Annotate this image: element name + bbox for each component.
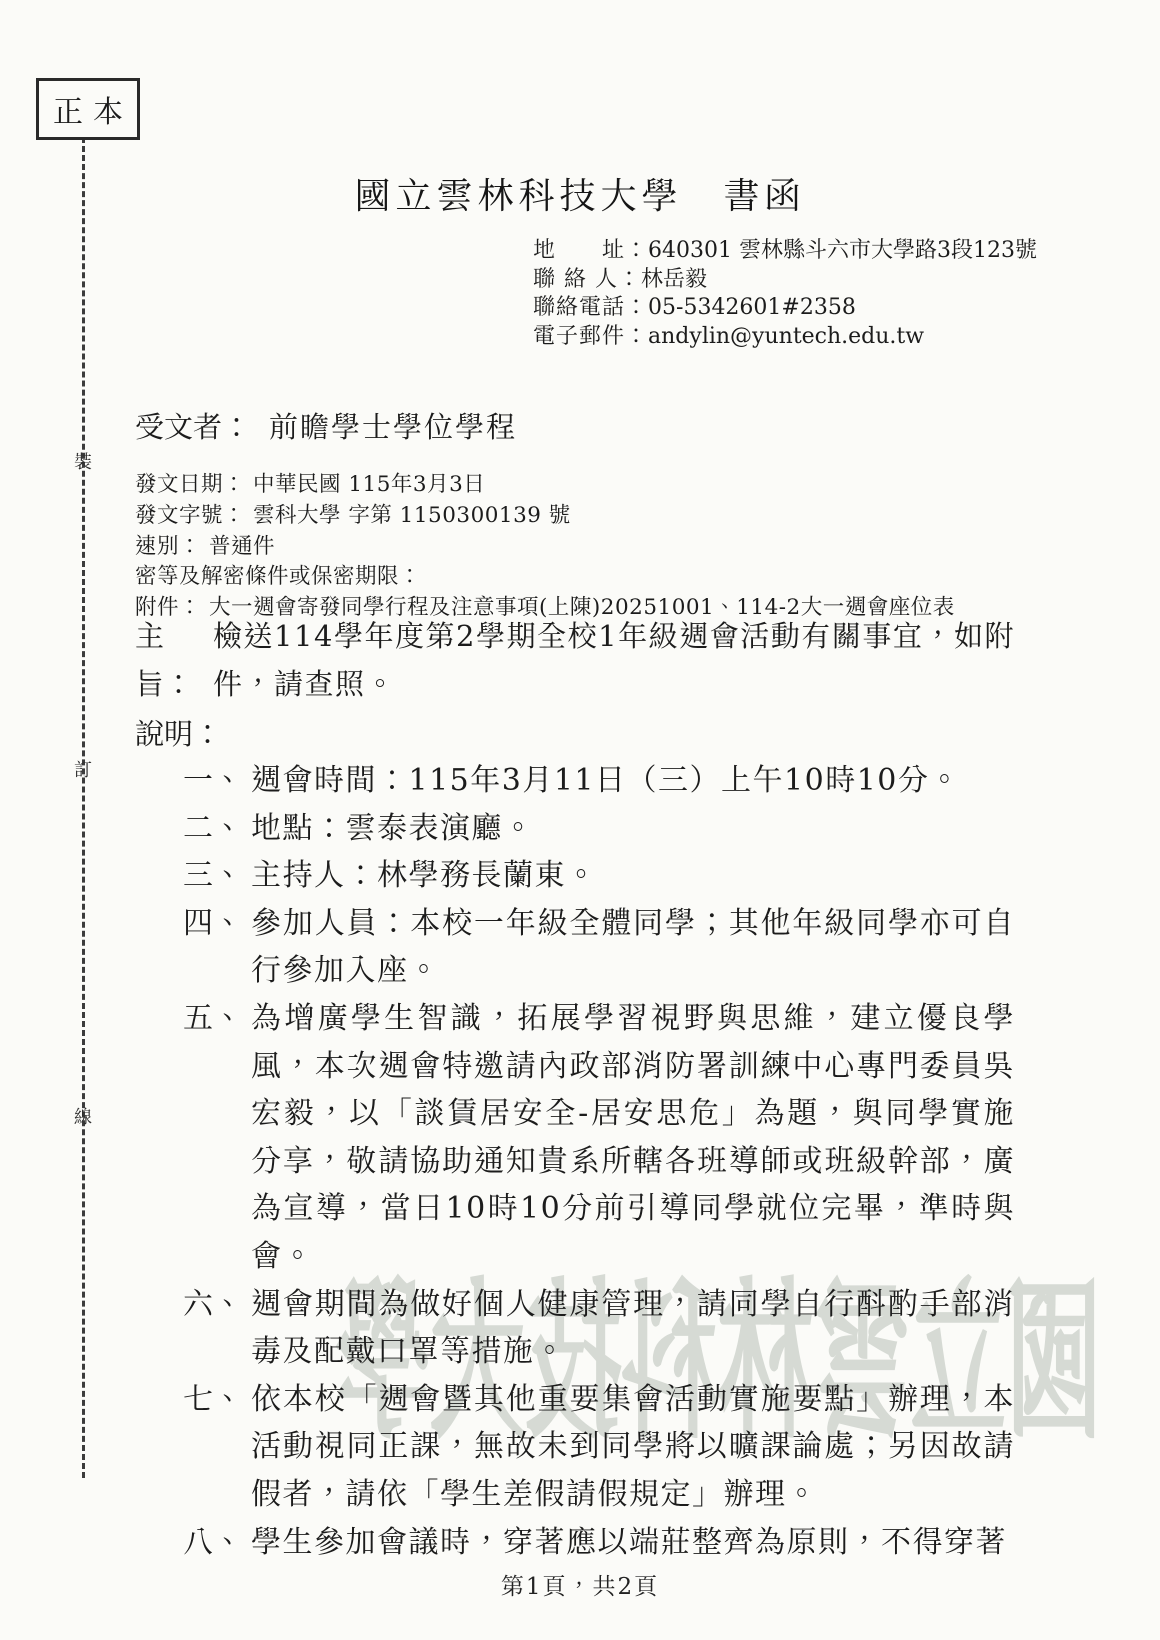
binding-mark-zhuang: 裝 (68, 448, 98, 474)
meta-issue-date-label: 發文日期： (135, 472, 245, 497)
list-item: 一、 週會時間：115年3月11日（三）上午10時10分。 (183, 757, 1015, 805)
contact-phone-value: 05-5342601#2358 (648, 295, 856, 320)
contact-address-line: 地 址：640301 雲林縣斗六市大學路3段123號 (533, 237, 1037, 266)
list-item: 三、 主持人：林學務長蘭東。 (183, 852, 1015, 900)
document-meta-block: 發文日期：中華民國 115年3月3日 發文字號：雲科大學 字第 11503001… (135, 470, 955, 624)
list-item-text: 週會時間：115年3月11日（三）上午10時10分。 (251, 757, 1015, 805)
recipient-value: 前瞻學士學位學程 (269, 410, 517, 444)
contact-email-line: 電子郵件：andylin@yuntech.edu.tw (533, 323, 1037, 352)
list-item-number: 七、 (183, 1376, 251, 1519)
list-item-number: 一、 (183, 757, 251, 805)
contact-email-label: 電子郵件： (533, 324, 648, 349)
contact-person-line: 聯 絡 人：林岳毅 (533, 266, 1037, 295)
meta-doc-number-label: 發文字號： (135, 503, 245, 528)
page-number-footer: 第1頁，共2頁 (0, 1568, 1160, 1601)
list-item-text: 為增廣學生智識，拓展學習視野與思維，建立優良學風，本次週會特邀請內政部消防署訓練… (251, 995, 1015, 1281)
document-title: 國立雲林科技大學 書函 (0, 168, 1160, 219)
list-item-number: 八、 (183, 1519, 251, 1567)
binding-dashed-line (82, 137, 85, 1478)
binding-mark-ding: 訂 (68, 756, 98, 782)
contact-person-label: 聯 絡 人： (533, 267, 641, 292)
list-item-number: 三、 (183, 852, 251, 900)
list-item-number: 五、 (183, 995, 251, 1281)
list-item-text: 週會期間為做好個人健康管理，請同學自行酙酌手部消毒及配戴口罩等措施。 (251, 1281, 1015, 1376)
list-item-text: 參加人員：本校一年級全體同學；其他年級同學亦可自行參加入座。 (251, 900, 1015, 995)
list-item: 八、 學生參加會議時，穿著應以端莊整齊為原則，不得穿著 (183, 1519, 1015, 1567)
list-item-text: 主持人：林學務長蘭東。 (251, 852, 1015, 900)
meta-doc-number: 發文字號：雲科大學 字第 1150300139 號 (135, 501, 955, 532)
meta-classification-label: 密等及解密條件或保密期限： (135, 564, 421, 589)
meta-priority-label: 速別： (135, 534, 201, 559)
list-item-text: 依本校「週會暨其他重要集會活動實施要點」辦理，本活動視同正課，無故未到同學將以曠… (251, 1376, 1015, 1519)
recipient-label: 受文者： (135, 410, 251, 444)
contact-phone-label: 聯絡電話： (533, 295, 648, 320)
contact-person-value: 林岳毅 (641, 267, 707, 292)
explanation-list: 一、 週會時間：115年3月11日（三）上午10時10分。 二、 地點：雲泰表演… (183, 757, 1015, 1566)
contact-address-value: 640301 雲林縣斗六市大學路3段123號 (648, 238, 1037, 263)
original-copy-stamp: 正本 (36, 78, 140, 140)
explanation-label: 說明： (135, 712, 222, 753)
list-item: 六、 週會期間為做好個人健康管理，請同學自行酙酌手部消毒及配戴口罩等措施。 (183, 1281, 1015, 1376)
list-item-number: 六、 (183, 1281, 251, 1376)
list-item: 二、 地點：雲泰表演廳。 (183, 805, 1015, 853)
list-item-text: 地點：雲泰表演廳。 (251, 805, 1015, 853)
list-item-text: 學生參加會議時，穿著應以端莊整齊為原則，不得穿著 (251, 1519, 1015, 1567)
subject-section: 主旨： 檢送114學年度第2學期全校1年級週會活動有關事宜，如附件，請查照。 (135, 612, 1015, 708)
recipient-line: 受文者：前瞻學士學位學程 (135, 405, 517, 446)
meta-issue-date: 發文日期：中華民國 115年3月3日 (135, 470, 955, 501)
meta-issue-date-value: 中華民國 115年3月3日 (253, 472, 485, 497)
meta-priority: 速別：普通件 (135, 532, 955, 563)
meta-classification: 密等及解密條件或保密期限： (135, 562, 955, 593)
meta-doc-number-value: 雲科大學 字第 1150300139 號 (253, 503, 571, 528)
contact-info-block: 地 址：640301 雲林縣斗六市大學路3段123號 聯 絡 人：林岳毅 聯絡電… (533, 237, 1037, 351)
list-item: 五、 為增廣學生智識，拓展學習視野與思維，建立優良學風，本次週會特邀請內政部消防… (183, 995, 1015, 1281)
list-item-number: 四、 (183, 900, 251, 995)
contact-email-value: andylin@yuntech.edu.tw (648, 324, 924, 349)
subject-text: 檢送114學年度第2學期全校1年級週會活動有關事宜，如附件，請查照。 (213, 612, 1015, 708)
meta-priority-value: 普通件 (209, 534, 275, 559)
subject-label: 主旨： (135, 612, 213, 708)
contact-address-label: 地 址： (533, 238, 648, 263)
binding-mark-xian: 線 (68, 1103, 98, 1129)
list-item: 七、 依本校「週會暨其他重要集會活動實施要點」辦理，本活動視同正課，無故未到同學… (183, 1376, 1015, 1519)
list-item: 四、 參加人員：本校一年級全體同學；其他年級同學亦可自行參加入座。 (183, 900, 1015, 995)
contact-phone-line: 聯絡電話：05-5342601#2358 (533, 294, 1037, 323)
list-item-number: 二、 (183, 805, 251, 853)
